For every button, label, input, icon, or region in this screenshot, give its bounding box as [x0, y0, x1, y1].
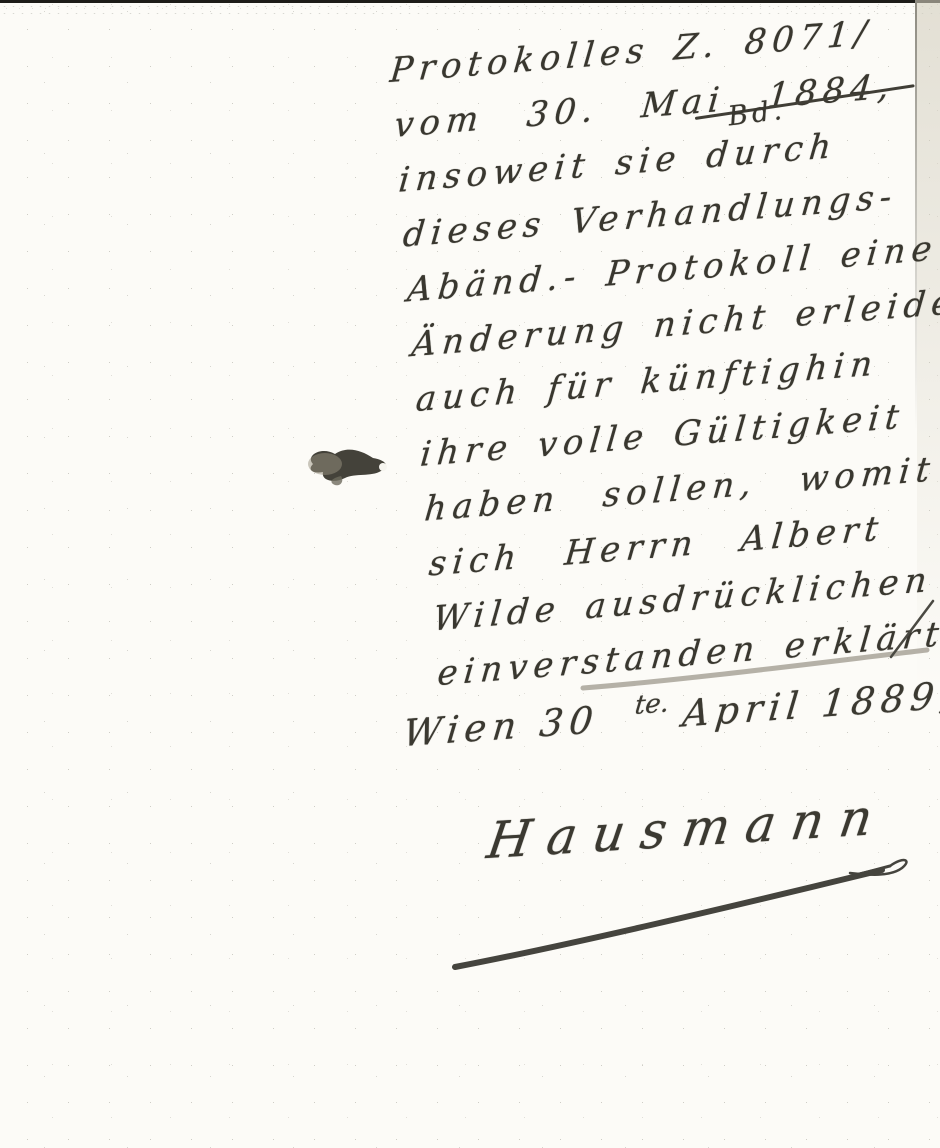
manuscript-scan: Protokolles Z. 8071/ vom 30. Mai 1884, i…	[0, 0, 940, 1148]
ink-blot	[295, 438, 405, 504]
dagger-stroke	[885, 595, 940, 665]
manuscript-text-block: Protokolles Z. 8071/ vom 30. Mai 1884, i…	[388, 0, 940, 702]
dateline-day-suffix: te.	[633, 688, 670, 721]
signature-flourish	[430, 845, 940, 985]
dateline-place-day: Wien 30	[401, 698, 601, 755]
